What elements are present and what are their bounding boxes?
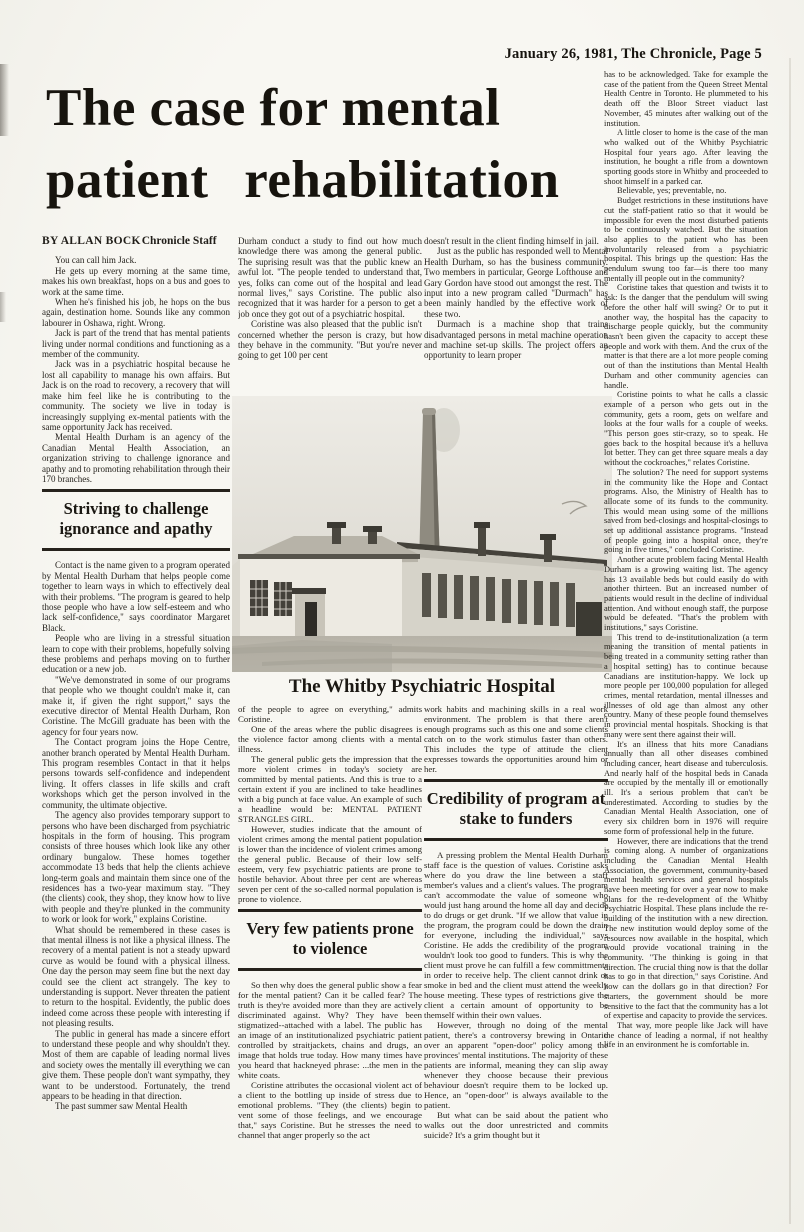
paragraph: Coristine takes that question and twists… [604,283,768,390]
paragraph: He gets up every morning at the same tim… [42,266,230,297]
paragraph: doesn't result in the client finding him… [424,236,608,246]
paragraph: has to be acknowledged. Take for example… [604,70,768,128]
column-1-bottom-paragraphs: Contact is the name given to a program o… [42,560,230,1112]
paragraph: It's an illness that hits more Canadians… [604,740,768,837]
paragraph: Durmach is a machine shop that trains di… [424,319,608,361]
paragraph: That way, more people like Jack will hav… [604,1021,768,1050]
scan-smudge [0,292,6,322]
paragraph: Contact is the name given to a program o… [42,560,230,633]
column-4: has to be acknowledged. Take for example… [604,70,768,1188]
paragraph: Just as the public has responded well to… [424,246,608,319]
paragraph: However, there are indications that the … [604,837,768,1021]
column-3-mid-paragraphs: work habits and machining skills in a re… [424,704,608,774]
paragraph: Believable, yes; preventable, no. [604,186,768,196]
headline-line1: The case for mental [46,72,624,144]
subhead-credibility: Credibility of program at stake to funde… [424,779,608,841]
column-2-mid-paragraphs: of the people to agree on everything," a… [238,704,422,904]
page-fold-line [789,58,791,1224]
headline: The case for mental patient rehabilitati… [46,72,624,216]
paragraph: Coristine points to what he calls a clas… [604,390,768,468]
subhead-violence: Very few patients prone to violence [238,909,422,971]
paragraph: Budget restrictions in these institution… [604,196,768,283]
paragraph: "We've demonstrated in some of our progr… [42,675,230,737]
paragraph: Coristine was also pleased that the publ… [238,319,422,361]
paragraph: One of the areas where the public disagr… [238,724,422,754]
paragraph: What should be remembered in these cases… [42,925,230,1029]
paragraph: However, studies indicate that the amoun… [238,824,422,904]
column-2-top: Durham conduct a study to find out how m… [238,236,422,394]
paragraph: So then why does the general public show… [238,980,422,1080]
paragraph: The general public gets the impression t… [238,754,422,824]
paragraph: The past summer saw Mental Health [42,1101,230,1111]
paragraph: The solution? The need for support syste… [604,468,768,555]
column-3-bottom-paragraphs: A pressing problem the Mental Health Dur… [424,850,608,1140]
paragraph: Mental Health Durham is an agency of the… [42,432,230,484]
subhead-ignorance-apathy: Striving to challenge ignorance and apat… [42,489,230,551]
newspaper-page: January 26, 1981, The Chronicle, Page 5 … [0,0,804,1232]
paragraph: work habits and machining skills in a re… [424,704,608,774]
column-2-bottom-paragraphs: So then why does the general public show… [238,980,422,1140]
paragraph: Coristine attributes the occasional viol… [238,1080,422,1140]
paragraph: A pressing problem the Mental Health Dur… [424,850,608,1020]
paragraph: This trend to de-institutionalization (a… [604,633,768,740]
paragraph: Jack was in a psychiatric hospital becau… [42,359,230,432]
hospital-photo [232,396,612,672]
column-2-bottom: of the people to agree on everything," a… [238,704,422,1188]
paragraph: When he's finished his job, he hops on t… [42,297,230,328]
paragraph: However, through no doing of the mental … [424,1020,608,1110]
paragraph: A little closer to home is the case of t… [604,128,768,186]
paragraph: The Contact program joins the Hope Centr… [42,737,230,810]
paragraph: Durham conduct a study to find out how m… [238,236,422,319]
column-3-bottom: work habits and machining skills in a re… [424,704,608,1188]
paragraph: of the people to agree on everything," a… [238,704,422,724]
scan-smudge [0,64,9,136]
byline-author: BY ALLAN BOCK [42,236,141,247]
column-1: BY ALLAN BOCKChronicle Staff You can cal… [42,236,230,1188]
paragraph: The agency also provides temporary suppo… [42,810,230,924]
paragraph: Jack is part of the trend that has menta… [42,328,230,359]
paragraph: You can call him Jack. [42,255,230,265]
paragraph: The public in general has made a sincere… [42,1029,230,1102]
masthead-date: January 26, 1981, The Chronicle, Page 5 [505,46,762,63]
byline: BY ALLAN BOCKChronicle Staff [42,236,230,246]
column-1-top-paragraphs: You can call him Jack.He gets up every m… [42,255,230,484]
paragraph: Another acute problem facing Mental Heal… [604,555,768,633]
byline-staff: Chronicle Staff [142,236,217,247]
photo-caption: The Whitby Psychiatric Hospital [232,676,612,698]
paragraph: But what can be said about the patient w… [424,1110,608,1140]
paragraph: People who are living in a stressful sit… [42,633,230,675]
column-3-top: doesn't result in the client finding him… [424,236,608,394]
headline-line2: patient rehabilitation [46,144,624,216]
hospital-photo-illustration [232,396,612,672]
